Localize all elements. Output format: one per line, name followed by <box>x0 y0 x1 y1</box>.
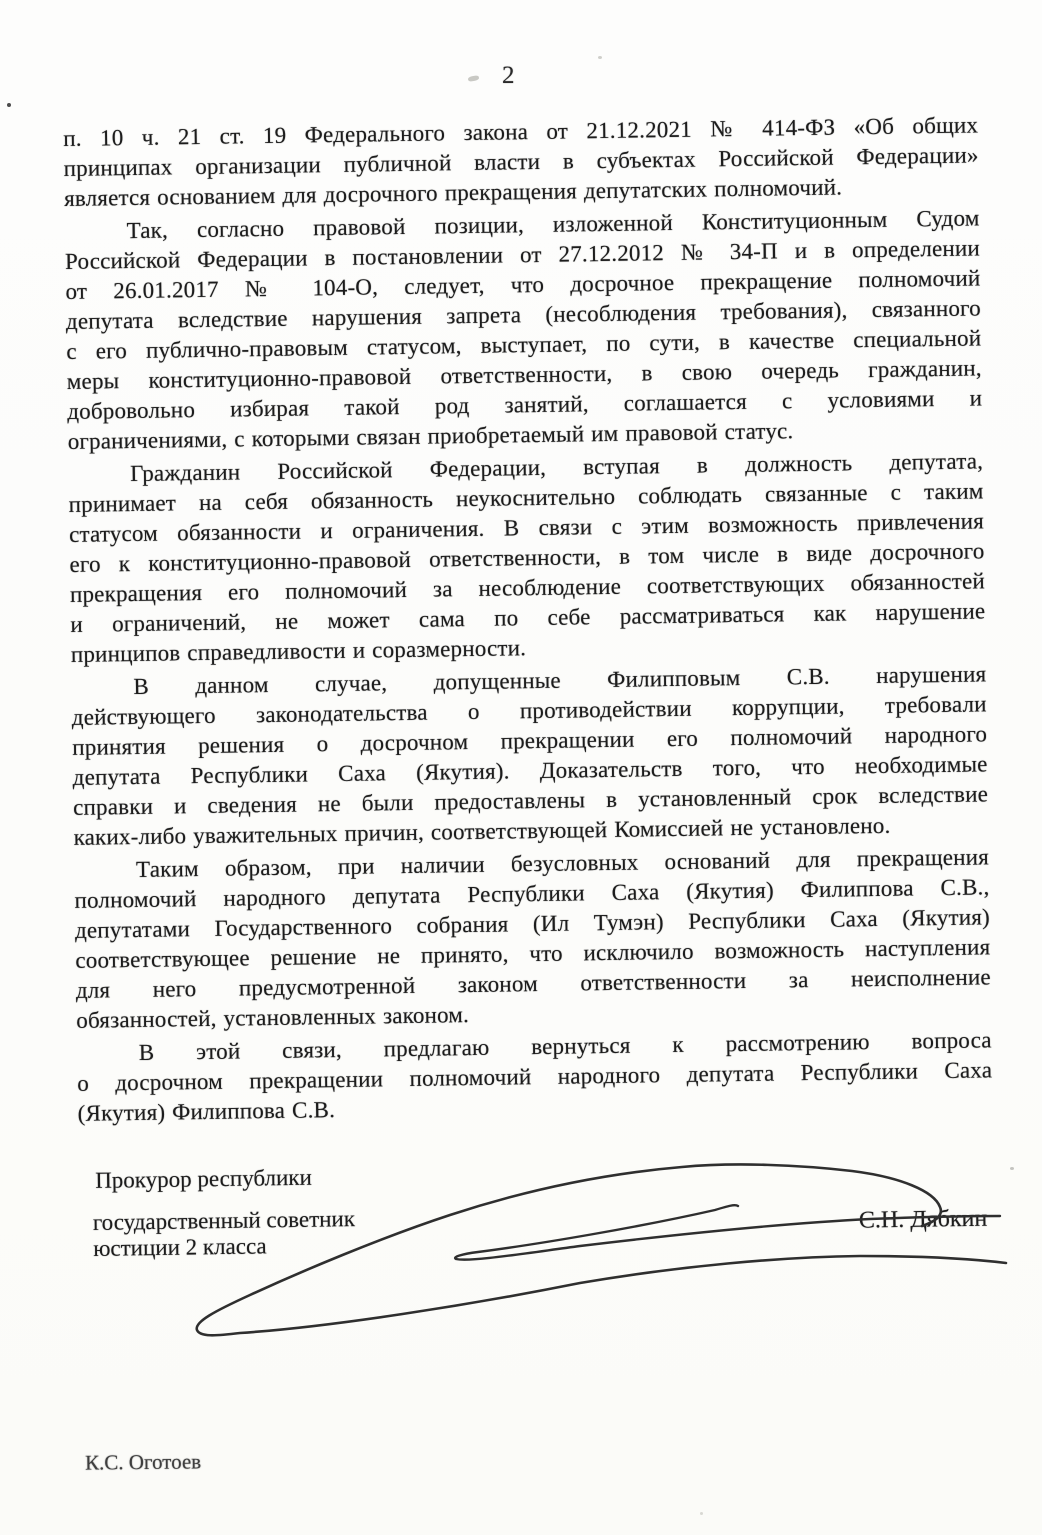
scan-artifact-dot <box>7 103 11 107</box>
paragraph: Так, согласно правовой позиции, изложенн… <box>64 203 982 457</box>
paragraph: В этой связи, предлагаю вернуться к расс… <box>77 1025 993 1129</box>
signer-title: Прокурор республики <box>95 1165 312 1194</box>
document-page: 2 п. 10 ч. 21 ст. 19 Федерального закона… <box>0 0 1042 1535</box>
executor-name: К.С. Оготоев <box>85 1449 201 1475</box>
signer-rank-line-2: юстиции 2 класса <box>93 1232 355 1262</box>
body-text: п. 10 ч. 21 ст. 19 Федерального закона о… <box>63 110 993 1128</box>
signer-rank: государственный советник юстиции 2 класс… <box>93 1206 356 1262</box>
signer-name: С.Н. Дябкин <box>859 1206 988 1235</box>
paragraph: п. 10 ч. 21 ст. 19 Федерального закона о… <box>63 110 979 214</box>
paragraph: Таким образом, при наличии безусловных о… <box>74 842 992 1036</box>
scan-artifact-dot <box>598 56 602 59</box>
paragraph: В данном случае, допущенные Филипповым С… <box>71 659 989 853</box>
page-number: 2 <box>502 62 515 90</box>
signer-rank-line-1: государственный советник <box>93 1206 355 1236</box>
scan-artifact-smudge <box>468 75 480 82</box>
paragraph: Гражданин Российской Федерации, вступая … <box>68 446 986 670</box>
scan-artifact-dot <box>700 1512 703 1515</box>
signature-block: Прокурор республики государственный сове… <box>90 1152 1027 1286</box>
